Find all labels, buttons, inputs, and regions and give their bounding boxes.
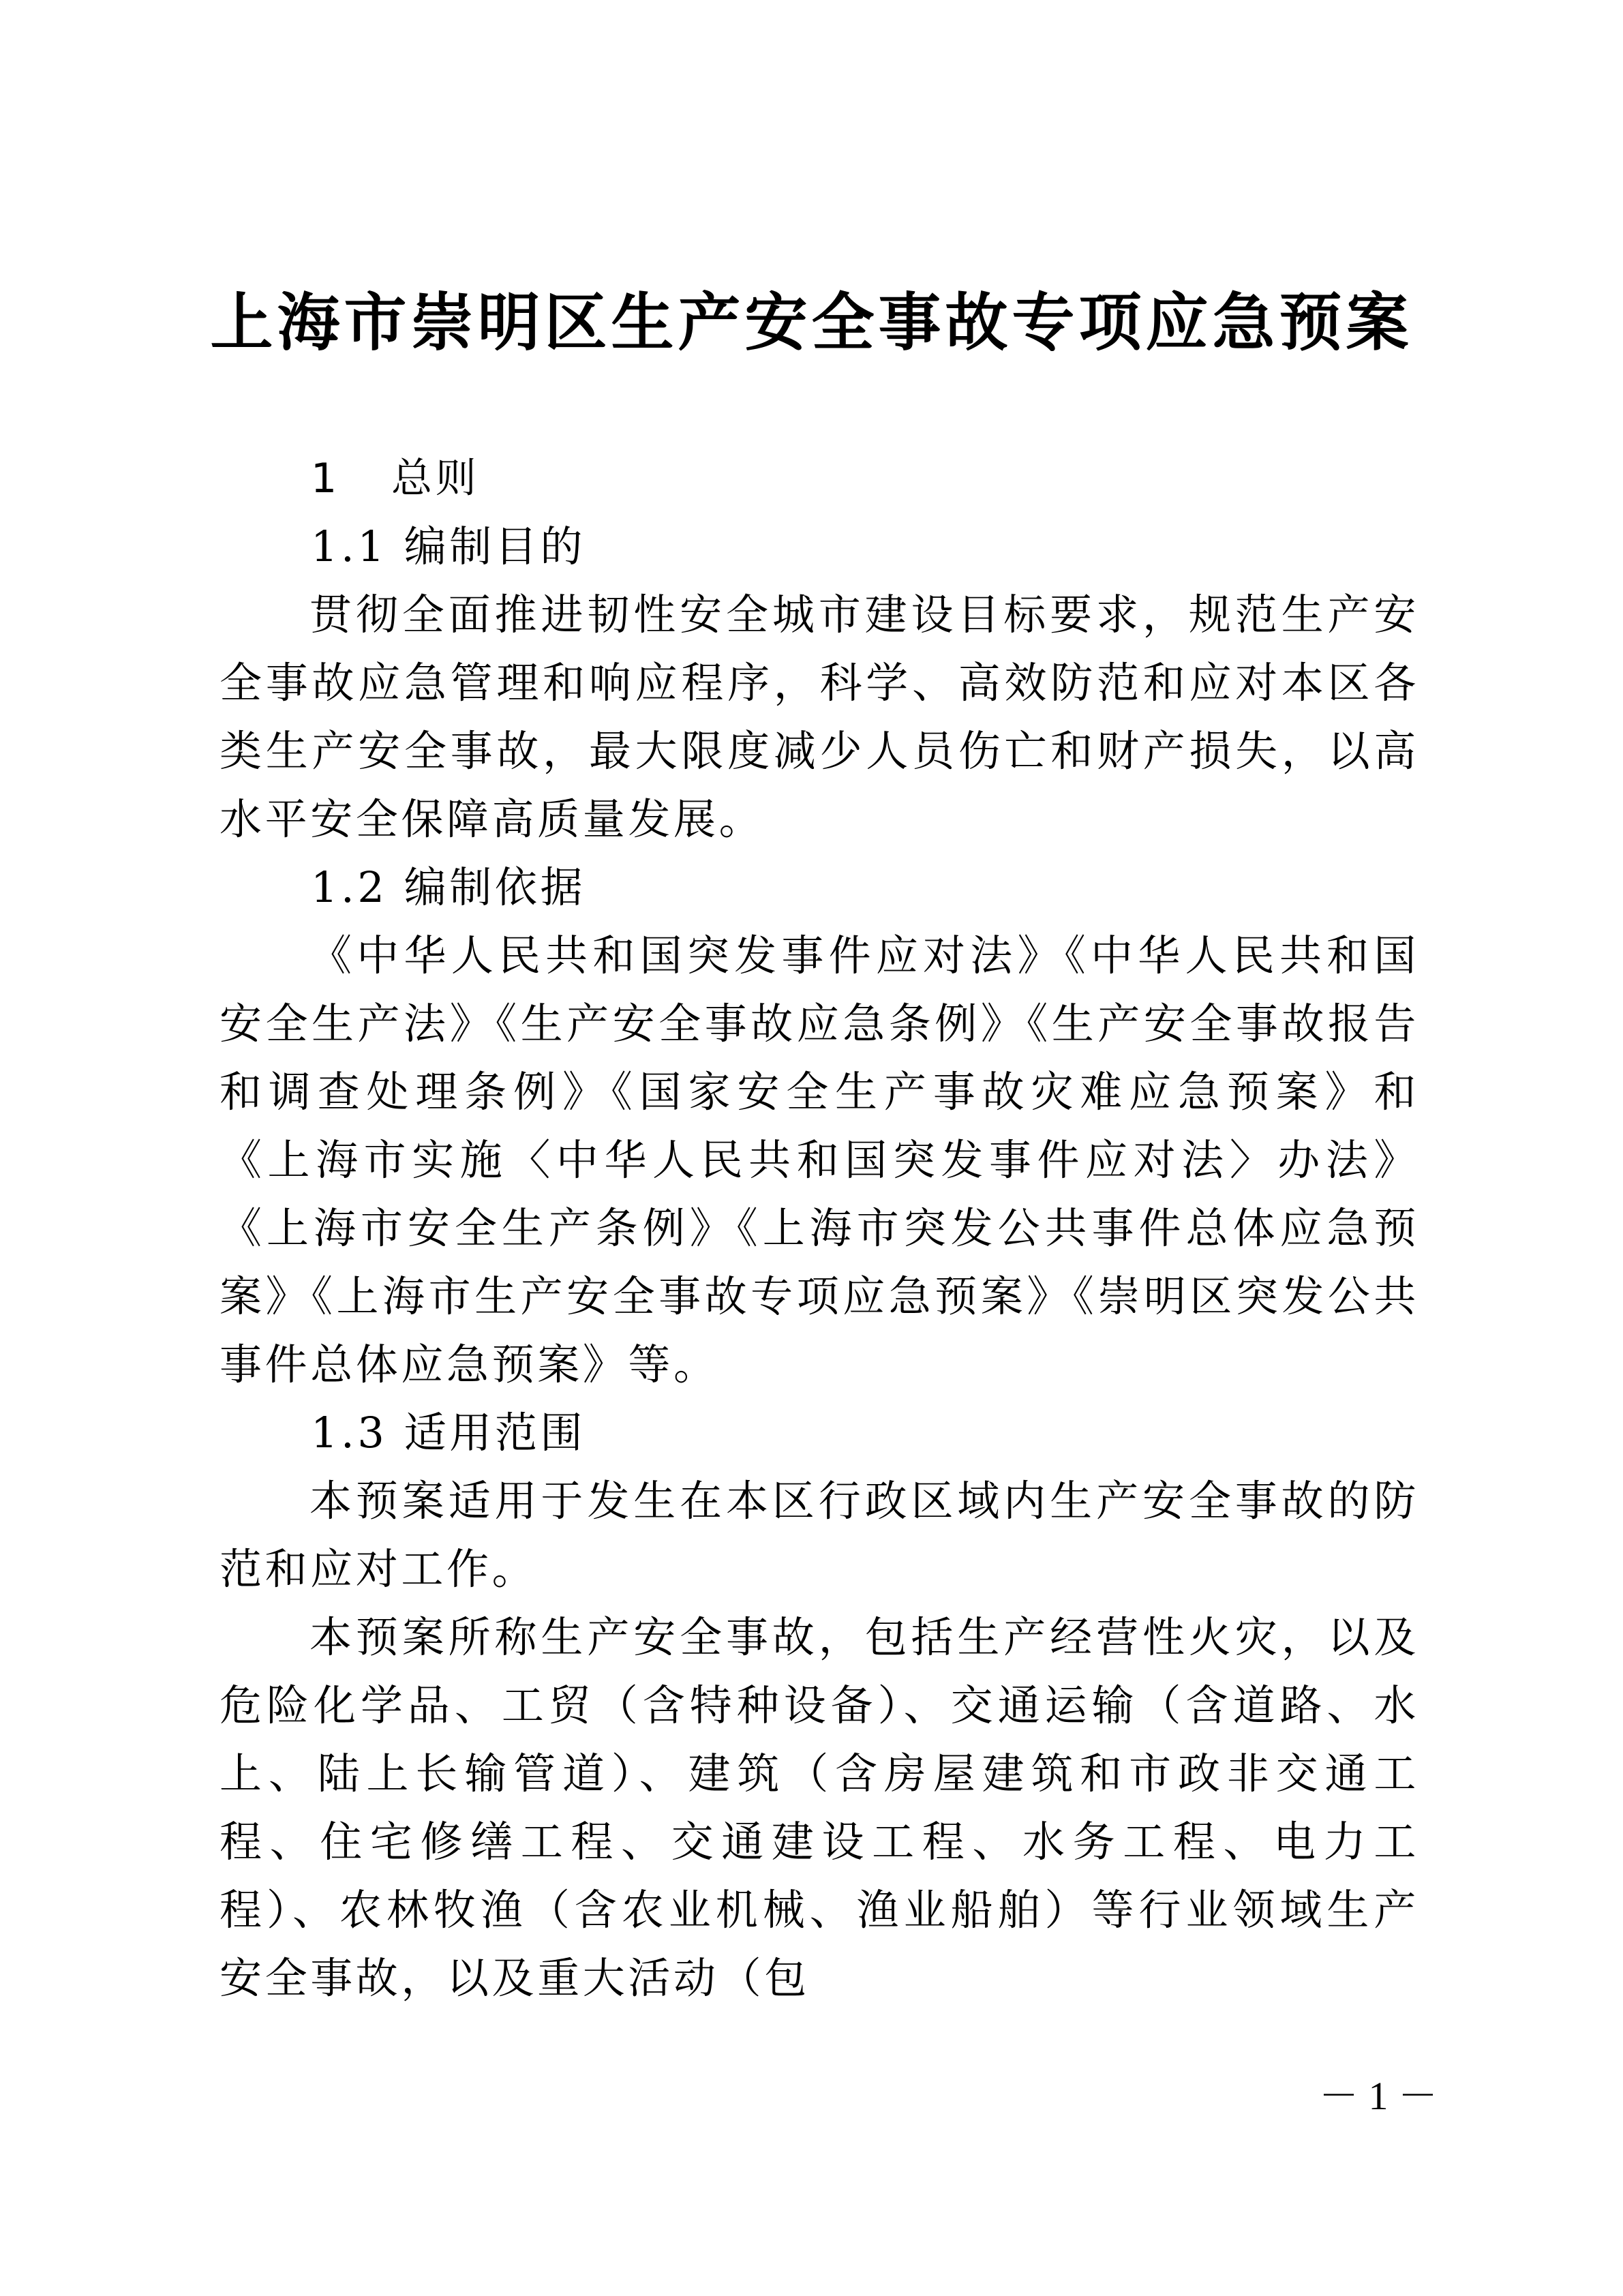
paragraph-basis: 《中华人民共和国突发事件应对法》《中华人民共和国安全生产法》《生产安全事故应急条…: [219, 922, 1419, 1399]
paragraph-purpose: 贯彻全面推进韧性安全城市建设目标要求，规范生产安全事故应急管理和响应程序，科学、…: [219, 581, 1419, 854]
paragraph-scope: 本预案适用于发生在本区行政区域内生产安全事故的防范和应对工作。: [219, 1467, 1419, 1603]
document-body: 1总则 1.1 编制目的 贯彻全面推进韧性安全城市建设目标要求，规范生产安全事故…: [219, 444, 1419, 2012]
section-number: 1: [311, 444, 391, 513]
subsection-heading-1-1: 1.1 编制目的: [219, 513, 1419, 581]
page-number: － 1 －: [1319, 2072, 1435, 2120]
subsection-heading-1-3: 1.3 适用范围: [219, 1399, 1419, 1467]
document-page: 上海市崇明区生产安全事故专项应急预案 1总则 1.1 编制目的 贯彻全面推进韧性…: [0, 0, 1623, 2296]
section-heading-1: 1总则: [219, 444, 1419, 513]
paragraph-scope-definition: 本预案所称生产安全事故，包括生产经营性火灾，以及危险化学品、工贸（含特种设备）、…: [219, 1603, 1419, 2012]
document-title: 上海市崇明区生产安全事故专项应急预案: [0, 285, 1623, 360]
subsection-heading-1-2: 1.2 编制依据: [219, 854, 1419, 922]
section-title: 总则: [391, 455, 479, 502]
